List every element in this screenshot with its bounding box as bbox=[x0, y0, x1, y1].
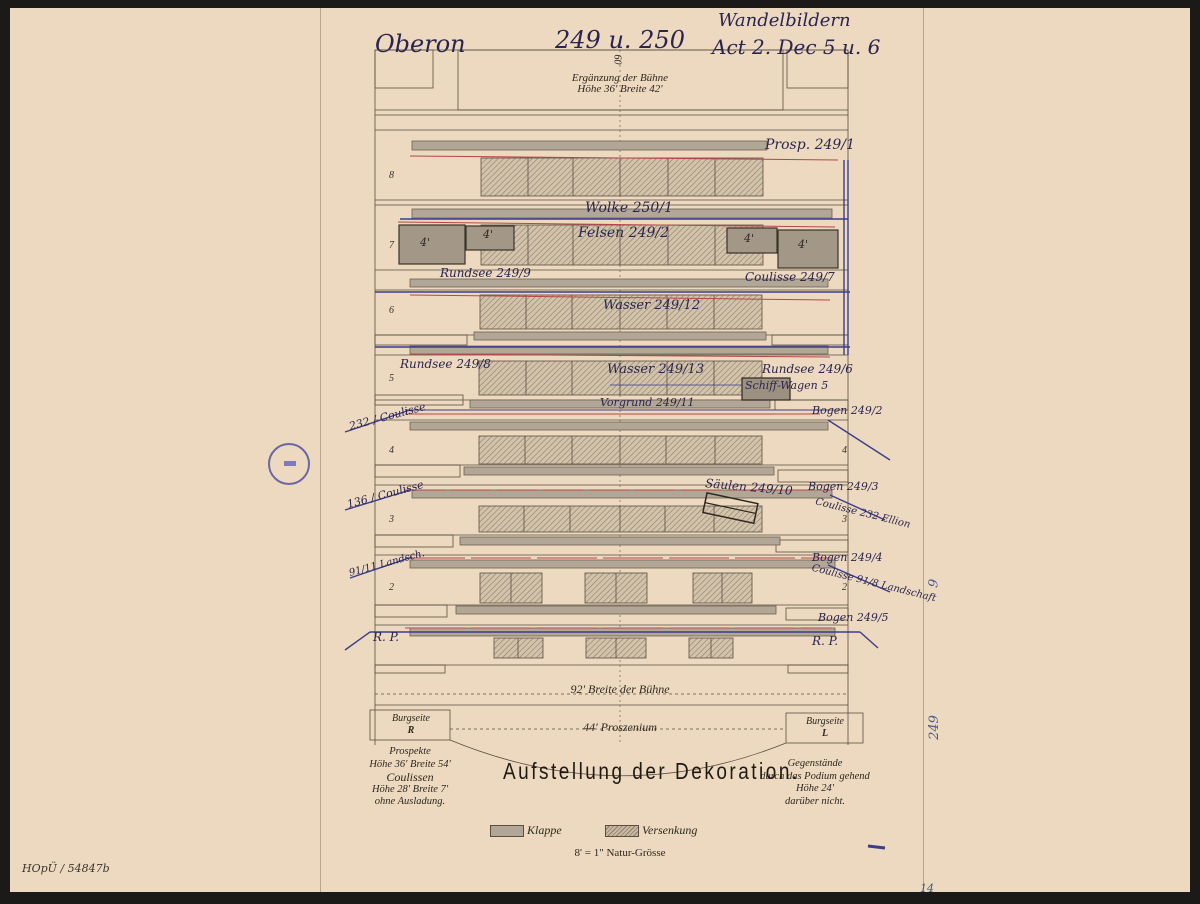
row-number-2: 2 bbox=[389, 582, 394, 593]
annotation-rp-right: R. P. bbox=[812, 634, 838, 648]
annotation-coulisse-7: Coulisse 249/7 bbox=[745, 270, 835, 284]
annotation-rundsee-9: Rundsee 249/9 bbox=[440, 266, 531, 280]
margin-mark-bottom: 14 bbox=[920, 882, 934, 895]
block-4ft-2: 4' bbox=[483, 228, 493, 241]
annotation-schiff-wagen: Schiff-Wagen 5 bbox=[745, 379, 828, 392]
proscenium-label: 44' Proszenium bbox=[550, 720, 690, 735]
row-number-3: 3 bbox=[389, 514, 394, 525]
row-number-4-right: 4 bbox=[842, 445, 847, 456]
legend-versenkung-label: Versenkung bbox=[642, 823, 697, 837]
drawing-title: Aufstellung der Dekoration. bbox=[503, 760, 800, 786]
legend-klappe-label: Klappe bbox=[527, 823, 562, 837]
annotation-rundsee-8: Rundsee 249/8 bbox=[400, 357, 491, 371]
archive-stamp bbox=[268, 443, 310, 485]
stage-extension-dims: Höhe 36' Breite 42' bbox=[545, 83, 695, 95]
burgseite-r-letter: R bbox=[372, 725, 450, 736]
block-4ft-4: 4' bbox=[798, 238, 808, 251]
burgseite-r-label: Burgseite bbox=[372, 713, 450, 724]
row-number-6: 6 bbox=[389, 305, 394, 316]
annotation-rundsee-6: Rundsee 249/6 bbox=[762, 362, 853, 376]
row-number-2-right: 2 bbox=[842, 582, 847, 593]
stage-width-label: 92' Breite der Bühne bbox=[540, 682, 700, 697]
note-prospekte: Prospekte bbox=[360, 746, 460, 759]
burgseite-l-label: Burgseite bbox=[787, 716, 863, 727]
annotation-bogen-2: Bogen 249/2 bbox=[812, 404, 883, 417]
versenkung-swatch bbox=[605, 825, 639, 837]
annotation-wasser-13: Wasser 249/13 bbox=[607, 362, 704, 377]
annotation-bogen-5: Bogen 249/5 bbox=[818, 611, 889, 624]
legend-versenkung: Versenkung bbox=[605, 823, 697, 838]
note-coulissen: Coulissen bbox=[360, 771, 460, 784]
annotation-bogen-3: Bogen 249/3 bbox=[808, 480, 879, 493]
block-4ft-3: 4' bbox=[744, 232, 754, 245]
legend-klappe: Klappe bbox=[490, 823, 562, 838]
annotation-wolke: Wolke 250/1 bbox=[585, 200, 673, 216]
annotation-bogen-4: Bogen 249/4 bbox=[812, 551, 883, 564]
inventory-numbers: 249 u. 250 bbox=[555, 26, 685, 54]
scene-note-line1: Wandelbildern bbox=[718, 10, 851, 31]
block-4ft-1: 4' bbox=[420, 236, 430, 249]
klappe-swatch bbox=[490, 825, 524, 837]
annotation-felsen: Felsen 249/2 bbox=[578, 225, 669, 241]
note-coulissen-dims: Höhe 28' Breite 7' bbox=[360, 784, 460, 797]
row-number-3-right: 3 bbox=[842, 514, 847, 525]
annotation-rp-left: R. P. bbox=[373, 630, 399, 644]
margin-mark-249: 249 bbox=[927, 715, 942, 740]
archive-signature: HOpÜ / 54847b bbox=[22, 862, 110, 875]
note-darueber: darüber nicht. bbox=[760, 796, 870, 809]
burgseite-l-letter: L bbox=[787, 728, 863, 739]
scene-note-line2: Act 2. Dec 5 u. 6 bbox=[712, 35, 880, 59]
row-number-7: 7 bbox=[389, 240, 394, 251]
annotation-vorgrund: Vorgrund 249/11 bbox=[600, 396, 695, 409]
top-center-mark: 60 bbox=[612, 55, 623, 65]
annotation-prospekt: Prosp. 249/1 bbox=[765, 137, 855, 153]
scale-label: 8' = 1" Natur-Grösse bbox=[540, 847, 700, 859]
note-ausladung: ohne Ausladung. bbox=[360, 796, 460, 809]
row-number-5: 5 bbox=[389, 373, 394, 384]
row-number-8: 8 bbox=[389, 170, 394, 181]
opera-title: Oberon bbox=[375, 30, 466, 58]
notes-left: Prospekte Höhe 36' Breite 54' Coulissen … bbox=[360, 746, 460, 809]
annotation-wasser-12: Wasser 249/12 bbox=[603, 298, 700, 313]
row-number-4: 4 bbox=[389, 445, 394, 456]
